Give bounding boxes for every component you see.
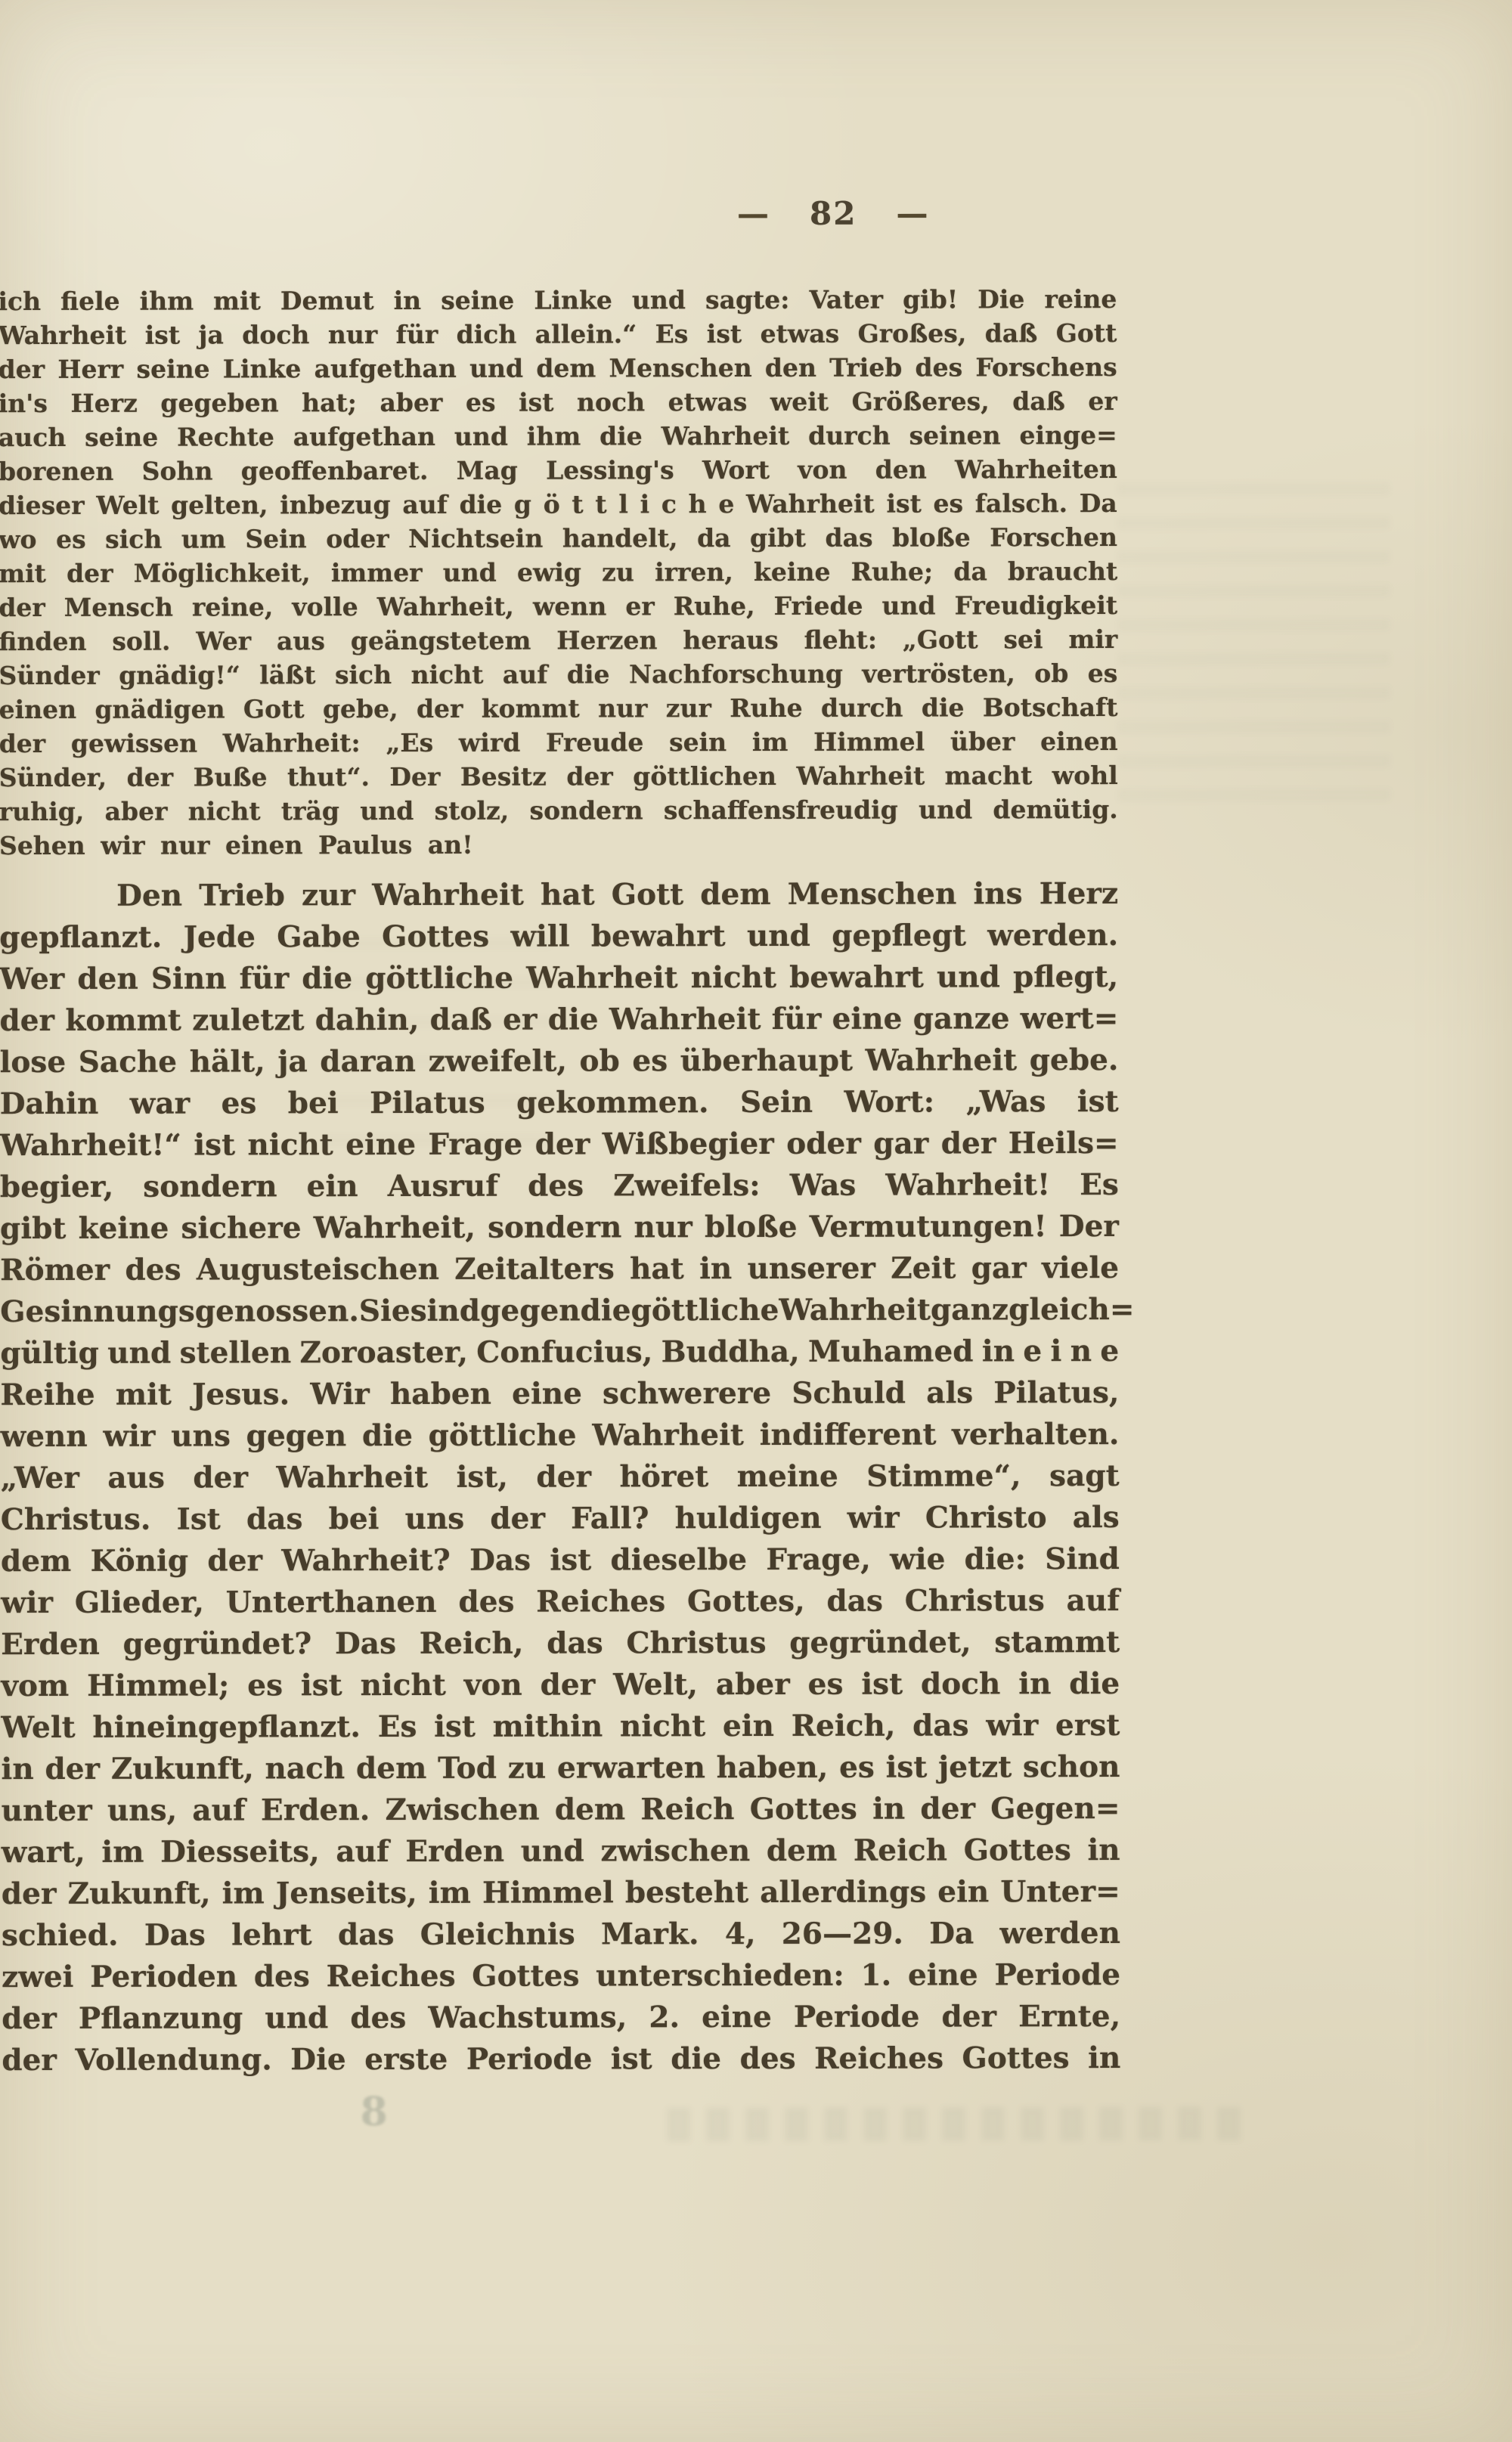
word: 1.: [860, 1955, 891, 1997]
word: reine,: [192, 590, 274, 624]
word: Pflanzung: [79, 1997, 243, 2039]
word: stolz,: [435, 794, 510, 828]
text-line: zweiPeriodendesReichesGottesunterschiede…: [2, 1954, 1120, 1998]
word: Pilatus,: [993, 1372, 1119, 1414]
scanned-leaf: —82— ichfieleihmmitDemutinseineLinkeunds…: [0, 0, 1512, 2442]
ghost-showthrough-smudge: [324, 938, 552, 1166]
word: der: [2, 2040, 57, 2081]
word: Periode: [794, 1997, 920, 2038]
word: im: [222, 1873, 265, 1914]
word: Den: [116, 875, 182, 917]
word: Sind: [1045, 1539, 1120, 1580]
word: l: [618, 487, 628, 521]
word: sichere: [181, 1207, 301, 1249]
word: lose: [0, 1042, 66, 1083]
word: Der: [1059, 1206, 1119, 1247]
word: Römer: [0, 1250, 110, 1291]
text-line: derPflanzungunddesWachstums,2.einePeriod…: [2, 1996, 1120, 2040]
word: daß: [1012, 384, 1065, 418]
word: bloße: [892, 520, 971, 554]
word: und: [937, 956, 1000, 998]
word: Das: [469, 1540, 531, 1582]
word: stammt: [994, 1622, 1120, 1663]
word: durch: [821, 691, 903, 725]
word: Jesus.: [192, 1374, 290, 1415]
word: zur: [666, 691, 711, 725]
word: Forschens: [975, 350, 1117, 384]
word: Es: [655, 317, 689, 351]
word: „Was: [966, 1081, 1046, 1123]
word: in: [394, 284, 422, 318]
word: Sünder: [0, 659, 100, 693]
word: Wahrheiten: [955, 452, 1117, 486]
word: aber: [380, 386, 442, 420]
word: Wißbegier: [603, 1123, 774, 1165]
word: Frage,: [766, 1539, 871, 1581]
word: die: [548, 999, 599, 1040]
word: des: [458, 1582, 514, 1623]
text-line: wennwirunsgegendiegöttlicheWahrheitindif…: [1, 1414, 1120, 1458]
word: Herz: [70, 386, 137, 420]
word: von: [798, 453, 847, 487]
word: Besitz: [460, 760, 547, 794]
word: und: [632, 283, 686, 317]
word: in: [699, 1248, 732, 1290]
word: n: [1070, 1331, 1092, 1372]
word: Freude: [546, 725, 643, 759]
word: es: [808, 1664, 844, 1706]
word: ein: [723, 1706, 774, 1747]
word: Trieb: [199, 875, 285, 916]
word: bewahrt: [789, 957, 924, 999]
word: Buße: [194, 760, 268, 794]
word: 26—29.: [782, 1914, 903, 1955]
word: wenn: [533, 589, 606, 623]
word: Himmel: [813, 725, 925, 759]
word: jetzt: [938, 1746, 1012, 1788]
text-line: WerdenSinnfürdiegöttlicheWahrheitnichtbe…: [0, 956, 1118, 1000]
word: Sie: [359, 1291, 411, 1332]
word: wert=: [1021, 998, 1119, 1040]
word: nicht: [360, 1665, 445, 1706]
word: als: [926, 1372, 973, 1414]
word: den: [765, 351, 816, 385]
word: Zeit: [891, 1247, 956, 1289]
paragraph-2: DenTriebzurWahrheithatGottdemMenschenins…: [0, 873, 1120, 2081]
word: Freudigkeit: [955, 588, 1118, 622]
word: Vermutungen!: [810, 1206, 1047, 1248]
word: Reihe: [0, 1374, 94, 1416]
word: Perioden: [90, 1956, 237, 1997]
word: ganz: [931, 1289, 1009, 1331]
word: Gottes: [472, 1955, 579, 1997]
word: mir: [1068, 622, 1117, 656]
word: Der: [389, 760, 440, 794]
word: meine: [737, 1456, 838, 1498]
word: Sache: [79, 1042, 177, 1083]
text-line: gibtkeinesichereWahrheit,sondernnurbloße…: [0, 1206, 1119, 1250]
word: im: [752, 725, 789, 759]
word: ein: [937, 1871, 989, 1913]
word: e: [1023, 1331, 1042, 1372]
word: werden.: [987, 915, 1118, 956]
word: und: [360, 794, 414, 828]
word: Christus.: [1, 1499, 151, 1541]
word: noch: [577, 385, 645, 419]
text-line: mitderMöglichkeit,immerundewigzuirren,ke…: [0, 554, 1117, 590]
word: soll.: [112, 624, 170, 659]
word: Wort: [702, 453, 770, 487]
text-line: „WerausderWahrheitist,derhöretmeineStimm…: [1, 1455, 1120, 1499]
word: ein: [307, 1166, 358, 1207]
word: zwei: [2, 1957, 73, 1998]
word: er: [625, 589, 654, 623]
word: der: [0, 1000, 54, 1042]
word: und: [881, 589, 935, 623]
text-line: einengnädigenGottgebe,derkommtnurzurRuhe…: [0, 690, 1118, 727]
word: Unter=: [1000, 1871, 1120, 1913]
word: e: [718, 487, 734, 521]
text-line: unteruns,aufErden.ZwischendemReichGottes…: [2, 1788, 1120, 1832]
word: des: [915, 350, 962, 384]
word: da: [697, 521, 731, 555]
word: Himmel: [482, 1872, 614, 1914]
word: sich: [105, 522, 162, 556]
word: da: [953, 554, 987, 588]
word: ihm: [527, 419, 581, 453]
word: aber: [716, 1664, 790, 1706]
word: dem: [700, 874, 770, 916]
word: die: [362, 1415, 413, 1457]
text-line: auchseineRechteaufgethanundihmdieWahrhei…: [0, 418, 1117, 454]
text-line: gültigundstellenZoroaster,Confucius,Budd…: [0, 1331, 1119, 1374]
word: immer: [331, 556, 423, 590]
word: t: [572, 487, 583, 521]
word: lehrt: [231, 1914, 312, 1956]
word: g: [514, 488, 531, 522]
word: „Wer: [1, 1458, 79, 1499]
word: begier,: [0, 1167, 113, 1208]
word: der: [45, 1749, 100, 1790]
word: der: [490, 1498, 545, 1540]
word: Reiches: [327, 1956, 456, 1997]
word: ist: [886, 487, 921, 521]
word: das: [547, 1622, 603, 1664]
word: Herz: [1039, 873, 1118, 915]
word: vom: [1, 1666, 69, 1707]
word: dem: [1, 1541, 71, 1582]
word: des: [254, 1956, 310, 1997]
text-line: dieserWeltgelten,inbezugaufdiegöttlicheW…: [0, 486, 1117, 522]
word: nicht: [247, 1124, 333, 1166]
word: gar: [971, 1247, 1027, 1289]
word: gepflegt: [832, 915, 966, 956]
word: Gottes,: [687, 1581, 805, 1622]
word: die: [567, 657, 610, 691]
word: wird: [459, 726, 521, 760]
word: das: [338, 1914, 395, 1956]
word: und: [521, 1830, 584, 1872]
word: h: [689, 487, 707, 521]
word: Wahrheit,: [314, 1207, 476, 1249]
word: allerdings: [760, 1872, 926, 1914]
word: und: [265, 1997, 328, 2039]
word: Heils=: [1009, 1123, 1119, 1164]
word: Es: [378, 1706, 417, 1748]
word: Gleichnis: [420, 1914, 575, 1956]
word: sein: [669, 725, 727, 759]
text-line: borenenSohngeoffenbaret.MagLessing'sWort…: [0, 452, 1117, 488]
word: Christus: [905, 1580, 1045, 1622]
word: geängstetem: [351, 624, 531, 658]
word: volle: [292, 590, 358, 624]
word: ist: [861, 1664, 903, 1706]
word: uns: [405, 1498, 465, 1540]
word: Zwischen: [385, 1790, 539, 1831]
word: gnädigen: [94, 692, 225, 726]
word: indifferent: [760, 1415, 937, 1456]
word: der: [193, 1457, 248, 1498]
word: eine: [832, 999, 903, 1040]
word: nicht: [188, 794, 261, 828]
word: in's: [0, 386, 48, 420]
word: falsch.: [975, 486, 1067, 520]
word: Nachforschung: [629, 657, 843, 692]
word: Mag: [457, 454, 518, 488]
word: Wahrheit: [661, 419, 790, 453]
text-line: vomHimmel;esistnichtvonderWelt,aberesist…: [1, 1663, 1120, 1707]
word: auf: [503, 658, 548, 692]
word: Ernte,: [1018, 1996, 1120, 2038]
word: der: [920, 1788, 975, 1830]
word: ins: [973, 873, 1022, 915]
word: das: [826, 1581, 883, 1622]
word: Wahrheit: [609, 999, 761, 1040]
word: der: [0, 727, 45, 761]
word: gültig: [0, 1333, 99, 1374]
word: Wahrheit: [592, 1415, 744, 1456]
word: göttliche: [631, 1290, 779, 1331]
word: Wahrheit:: [223, 726, 361, 760]
word: gegen: [246, 1415, 347, 1457]
word: Linke: [534, 283, 612, 317]
word: ist: [886, 1747, 928, 1789]
word: Sohn: [142, 454, 213, 488]
word: Trieb: [829, 351, 902, 385]
text-line: Sündergnädig!“läßtsichnichtaufdieNachfor…: [0, 656, 1118, 693]
word: keine: [78, 1208, 169, 1250]
word: Muhamed: [808, 1331, 974, 1372]
word: Mark.: [601, 1914, 699, 1955]
word: auf: [402, 488, 448, 522]
text-line: wirGlieder,UnterthanendesReichesGottes,d…: [1, 1580, 1120, 1624]
word: zur: [302, 875, 355, 916]
page-number: 82: [810, 195, 857, 232]
word: eine: [908, 1954, 978, 1996]
word: zu: [508, 1748, 547, 1790]
word: es: [247, 1665, 283, 1706]
word: Wahrheit: [372, 875, 524, 916]
word: thut“.: [287, 760, 370, 794]
word: pflegt,: [1013, 956, 1118, 998]
word: der: [127, 761, 174, 795]
word: es: [933, 486, 963, 520]
word: finden: [0, 624, 87, 659]
ghost-showthrough-smudge: [667, 2107, 1249, 2142]
word: der: [207, 1540, 262, 1582]
word: Sein: [740, 1082, 813, 1123]
word: dem: [536, 351, 596, 385]
word: handelt,: [562, 521, 678, 555]
word: dieselbe: [610, 1539, 747, 1581]
word: Die: [290, 2039, 346, 2081]
text-line: loseSachehält,jadaranzweifelt,obesüberha…: [0, 1040, 1119, 1083]
word: es: [466, 386, 496, 420]
word: überhaupt: [680, 1040, 853, 1082]
word: und: [454, 420, 508, 454]
word: wir: [103, 1416, 155, 1458]
word: ist: [519, 386, 553, 420]
word: sagt: [1049, 1455, 1120, 1497]
word: ganze: [913, 998, 1010, 1040]
word: Zeitalters: [454, 1248, 615, 1290]
word: daß: [985, 316, 1038, 350]
word: hat: [630, 1248, 684, 1290]
word: bewahrt: [591, 916, 726, 957]
word: Die: [978, 282, 1024, 316]
header-dash-left: —: [737, 195, 770, 232]
word: es: [56, 522, 86, 556]
word: aus: [107, 1458, 165, 1499]
word: haben: [390, 1374, 491, 1415]
text-line: demKönigderWahrheit?DasistdieselbeFrage,…: [1, 1539, 1120, 1582]
word: gnädig!“: [119, 658, 240, 692]
word: Wachstums,: [428, 1997, 627, 2039]
word: wir: [986, 1705, 1038, 1746]
word: Zukunft,: [68, 1873, 211, 1915]
word: hineingepflanzt.: [92, 1706, 361, 1749]
word: Zoroaster,: [299, 1332, 468, 1374]
word: Dahin: [0, 1083, 98, 1125]
word: Buddha,: [661, 1331, 800, 1373]
word: von: [464, 1665, 522, 1706]
word: mit: [213, 284, 261, 318]
text-line: Erdengegründet?DasReich,dasChristusgegrü…: [1, 1622, 1120, 1666]
text-line: Christus.IstdasbeiunsderFall?huldigenwir…: [1, 1497, 1120, 1541]
word: durch: [808, 419, 891, 453]
word: den: [77, 959, 138, 1000]
word: Größeres,: [852, 384, 990, 418]
word: Möglichkeit,: [134, 556, 311, 590]
word: inbezug: [280, 488, 391, 522]
text-line: ruhig,abernichtträgundstolz,sondernschaf…: [0, 792, 1118, 829]
word: der: [417, 692, 463, 726]
word: Sinn: [151, 958, 227, 999]
word: Da: [1080, 486, 1117, 520]
word: Periode: [466, 2038, 593, 2080]
word: Vollendung.: [75, 2039, 271, 2081]
text-line: gepflanzt.JedeGabeGotteswillbewahrtundge…: [0, 915, 1118, 959]
word: wir: [847, 1498, 900, 1539]
word: Das: [144, 1915, 206, 1957]
word: die: [600, 419, 643, 453]
word: Ruhe: [730, 691, 803, 725]
word: Ausruf: [388, 1166, 498, 1207]
word: ist: [145, 318, 180, 352]
word: auch: [0, 420, 66, 454]
word: und: [747, 916, 810, 957]
word: Jede: [183, 916, 255, 958]
word: er: [1088, 384, 1117, 418]
word: Da: [929, 1913, 974, 1954]
word: Herzen: [556, 623, 657, 657]
word: der: [67, 556, 113, 590]
word: Gott: [243, 692, 305, 726]
word: Wahrheit?: [281, 1540, 451, 1582]
word: dem: [356, 1748, 426, 1790]
word: ist: [434, 1706, 476, 1748]
word: Himmel;: [87, 1665, 229, 1706]
word: ja: [198, 318, 223, 352]
word: des: [350, 1997, 406, 2039]
word: Gottes: [750, 1789, 857, 1830]
word: unterschieden:: [596, 1955, 844, 1997]
word: Wahrheit: [779, 1290, 931, 1331]
word: mithin: [493, 1706, 603, 1747]
text-line: dergewissenWahrheit:„EswirdFreudeseinimH…: [0, 724, 1118, 761]
word: den: [875, 453, 927, 487]
word: Reich,: [792, 1706, 896, 1747]
word: ist: [550, 1539, 591, 1581]
word: Großes,: [858, 316, 967, 350]
word: Wer: [0, 959, 64, 1000]
word: Wahrheit: [276, 1457, 428, 1498]
word: Christus: [626, 1622, 766, 1664]
word: doch: [242, 318, 309, 352]
word: Nichtsein: [408, 522, 543, 556]
word: träg: [281, 794, 339, 828]
word: Rechte: [177, 420, 274, 454]
word: hat;: [302, 386, 357, 420]
word: oder: [786, 1123, 861, 1165]
word: uns: [171, 1415, 231, 1457]
word: Das: [335, 1623, 396, 1665]
text-line: ichfieleihmmitDemutinseineLinkeundsagte:…: [0, 282, 1117, 318]
word: Reiches: [536, 1581, 665, 1622]
word: sondern: [529, 793, 643, 827]
word: ob: [579, 1040, 619, 1082]
word: Gott: [612, 874, 683, 916]
word: verhalten.: [952, 1414, 1119, 1455]
word: in: [982, 1331, 1015, 1372]
word: Wahrheit: [746, 487, 875, 521]
word: gegründet?: [123, 1623, 312, 1666]
word: göttliche: [429, 1415, 577, 1456]
word: Botschaft: [983, 690, 1118, 724]
word: in: [1087, 1830, 1120, 1871]
word: bei: [328, 1498, 379, 1540]
word: Gesinnungsgenossen.: [0, 1291, 359, 1333]
text-line: schied.DaslehrtdasGleichnisMark.4,26—29.…: [2, 1913, 1120, 1957]
word: Menschen: [788, 873, 957, 915]
word: Sünder,: [0, 761, 107, 795]
word: Forschen: [990, 520, 1117, 554]
word: borenen: [0, 454, 113, 488]
word: keine: [754, 555, 830, 589]
text-line: RömerdesAugusteischenZeitaltershatinunse…: [0, 1247, 1119, 1291]
word: Gottes: [962, 2038, 1069, 2079]
word: besteht: [625, 1872, 748, 1914]
